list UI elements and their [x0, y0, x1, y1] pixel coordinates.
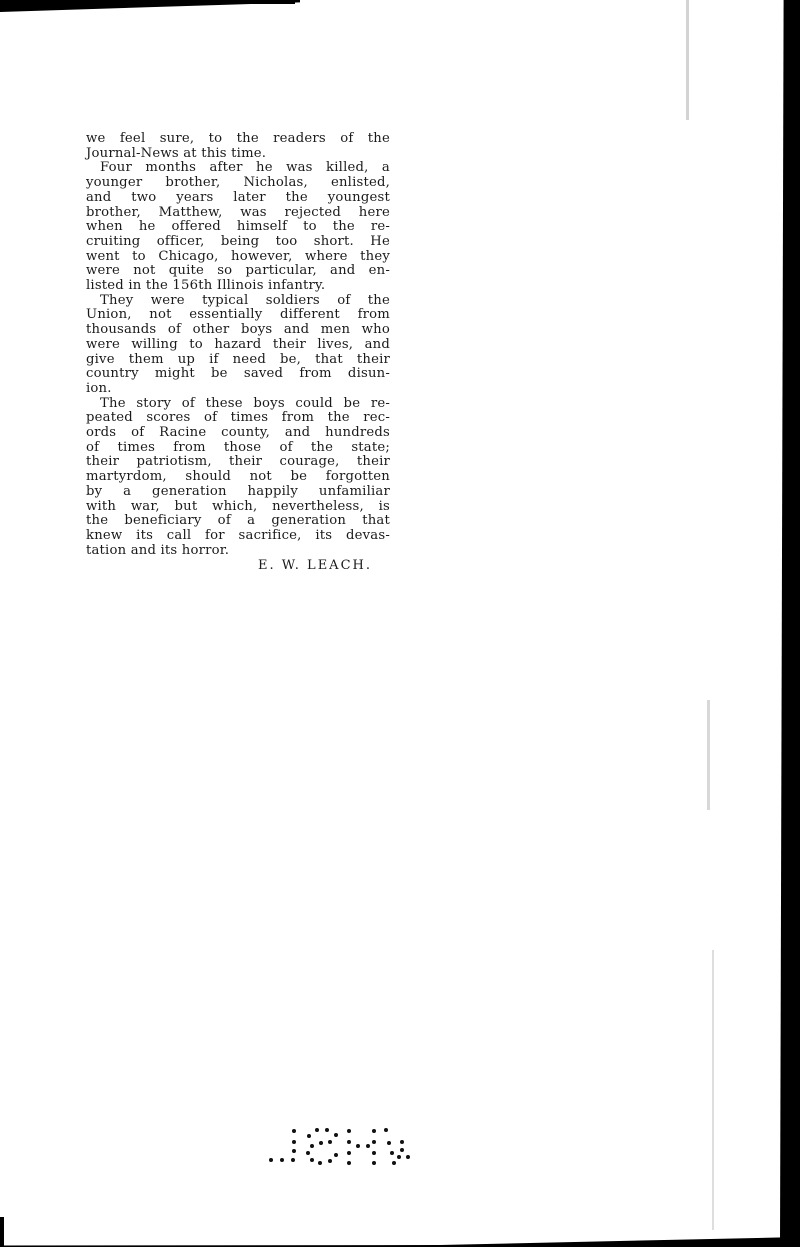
scan-edge-bottom [0, 1237, 800, 1247]
scan-edge-right [780, 0, 800, 1247]
text-line: went to Chicago, however, where they [86, 250, 390, 265]
scan-edge-left [0, 1217, 4, 1247]
text-line: The story of these boys could be re- [86, 397, 390, 412]
scan-streak [712, 950, 714, 1230]
text-line: brother, Matthew, was rejected here [86, 206, 390, 221]
text-line: Journal-News at this time. [86, 147, 390, 162]
article-column: we feel sure, to the readers of theJourn… [86, 132, 390, 574]
text-line: were not quite so particular, and en- [86, 264, 390, 279]
text-line: Four months after he was killed, a [86, 161, 390, 176]
paragraph: we feel sure, to the readers of theJourn… [86, 132, 390, 161]
author-signature: E. W. LEACH. [86, 559, 390, 574]
text-line: knew its call for sacrifice, its devas- [86, 529, 390, 544]
text-line: when he offered himself to the re- [86, 220, 390, 235]
paragraph: Four months after he was killed, ayounge… [86, 161, 390, 293]
text-line: give them up if need be, that their [86, 353, 390, 368]
text-line: and two years later the youngest [86, 191, 390, 206]
text-line: the beneficiary of a generation that [86, 514, 390, 529]
paragraph: They were typical soldiers of theUnion, … [86, 294, 390, 397]
text-line: thousands of other boys and men who [86, 323, 390, 338]
text-line: ion. [86, 382, 390, 397]
text-line: their patriotism, their courage, their [86, 455, 390, 470]
text-line: listed in the 156th Illinois infantry. [86, 279, 390, 294]
scan-streak [686, 0, 689, 120]
perforated-stamp [258, 1120, 428, 1175]
text-line: were willing to hazard their lives, and [86, 338, 390, 353]
text-line: with war, but which, nevertheless, is [86, 500, 390, 515]
paragraph: The story of these boys could be re-peat… [86, 397, 390, 559]
text-line: They were typical soldiers of the [86, 294, 390, 309]
text-line: cruiting officer, being too short. He [86, 235, 390, 250]
text-line: martyrdom, should not be forgotten [86, 470, 390, 485]
text-line: younger brother, Nicholas, enlisted, [86, 176, 390, 191]
text-line: ords of Racine county, and hundreds [86, 426, 390, 441]
text-line: of times from those of the state; [86, 441, 390, 456]
perforation-dots-icon [258, 1120, 428, 1175]
scan-streak [707, 700, 710, 810]
scan-edge-top-wedge [0, 0, 300, 12]
text-line: peated scores of times from the rec- [86, 411, 390, 426]
text-line: Union, not essentially different from [86, 308, 390, 323]
text-line: by a generation happily unfamiliar [86, 485, 390, 500]
text-line: country might be saved from disun- [86, 367, 390, 382]
text-line: tation and its horror. [86, 544, 390, 559]
text-line: we feel sure, to the readers of the [86, 132, 390, 147]
